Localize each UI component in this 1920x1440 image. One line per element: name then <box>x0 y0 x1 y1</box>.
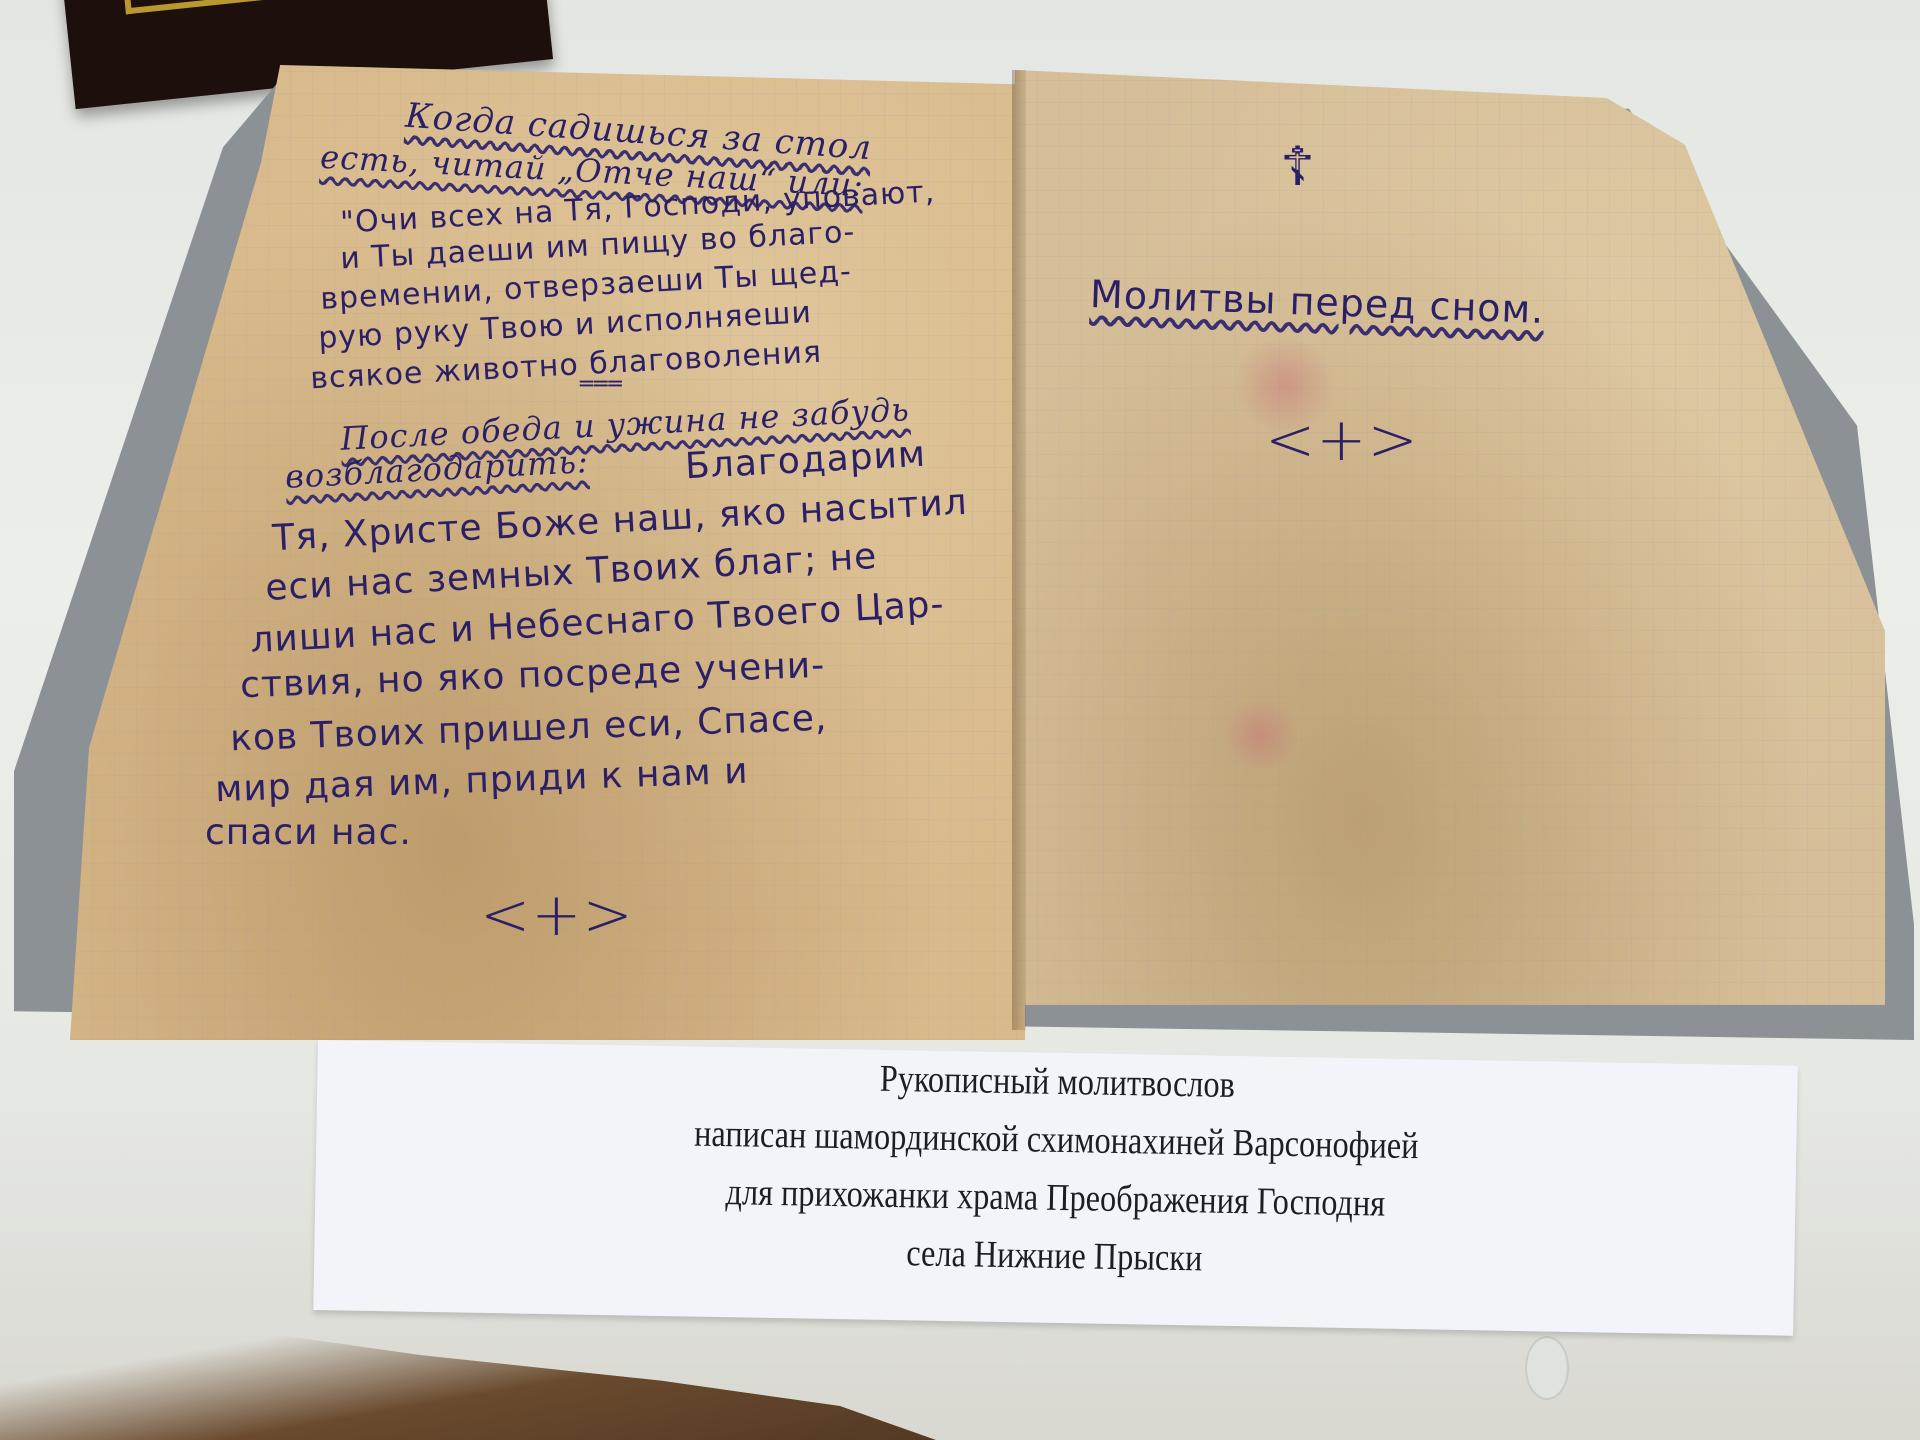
orthodox-cross-icon: ☦ <box>1280 135 1316 198</box>
prayer-line: спаси нас. <box>205 812 412 853</box>
paper-stain <box>1220 700 1300 770</box>
wall-hole <box>1525 1336 1569 1400</box>
ornament-cross-icon: <+> <box>1265 405 1419 475</box>
separator: ═══ <box>580 372 623 397</box>
ornament-cross-icon: <+> <box>480 880 634 950</box>
right-page <box>1015 70 1885 1005</box>
exhibit-label: Рукописный молитвослов написан шамординс… <box>313 1040 1797 1336</box>
book-spine <box>1012 70 1026 1030</box>
picture-frame-gold-trim <box>120 0 524 14</box>
